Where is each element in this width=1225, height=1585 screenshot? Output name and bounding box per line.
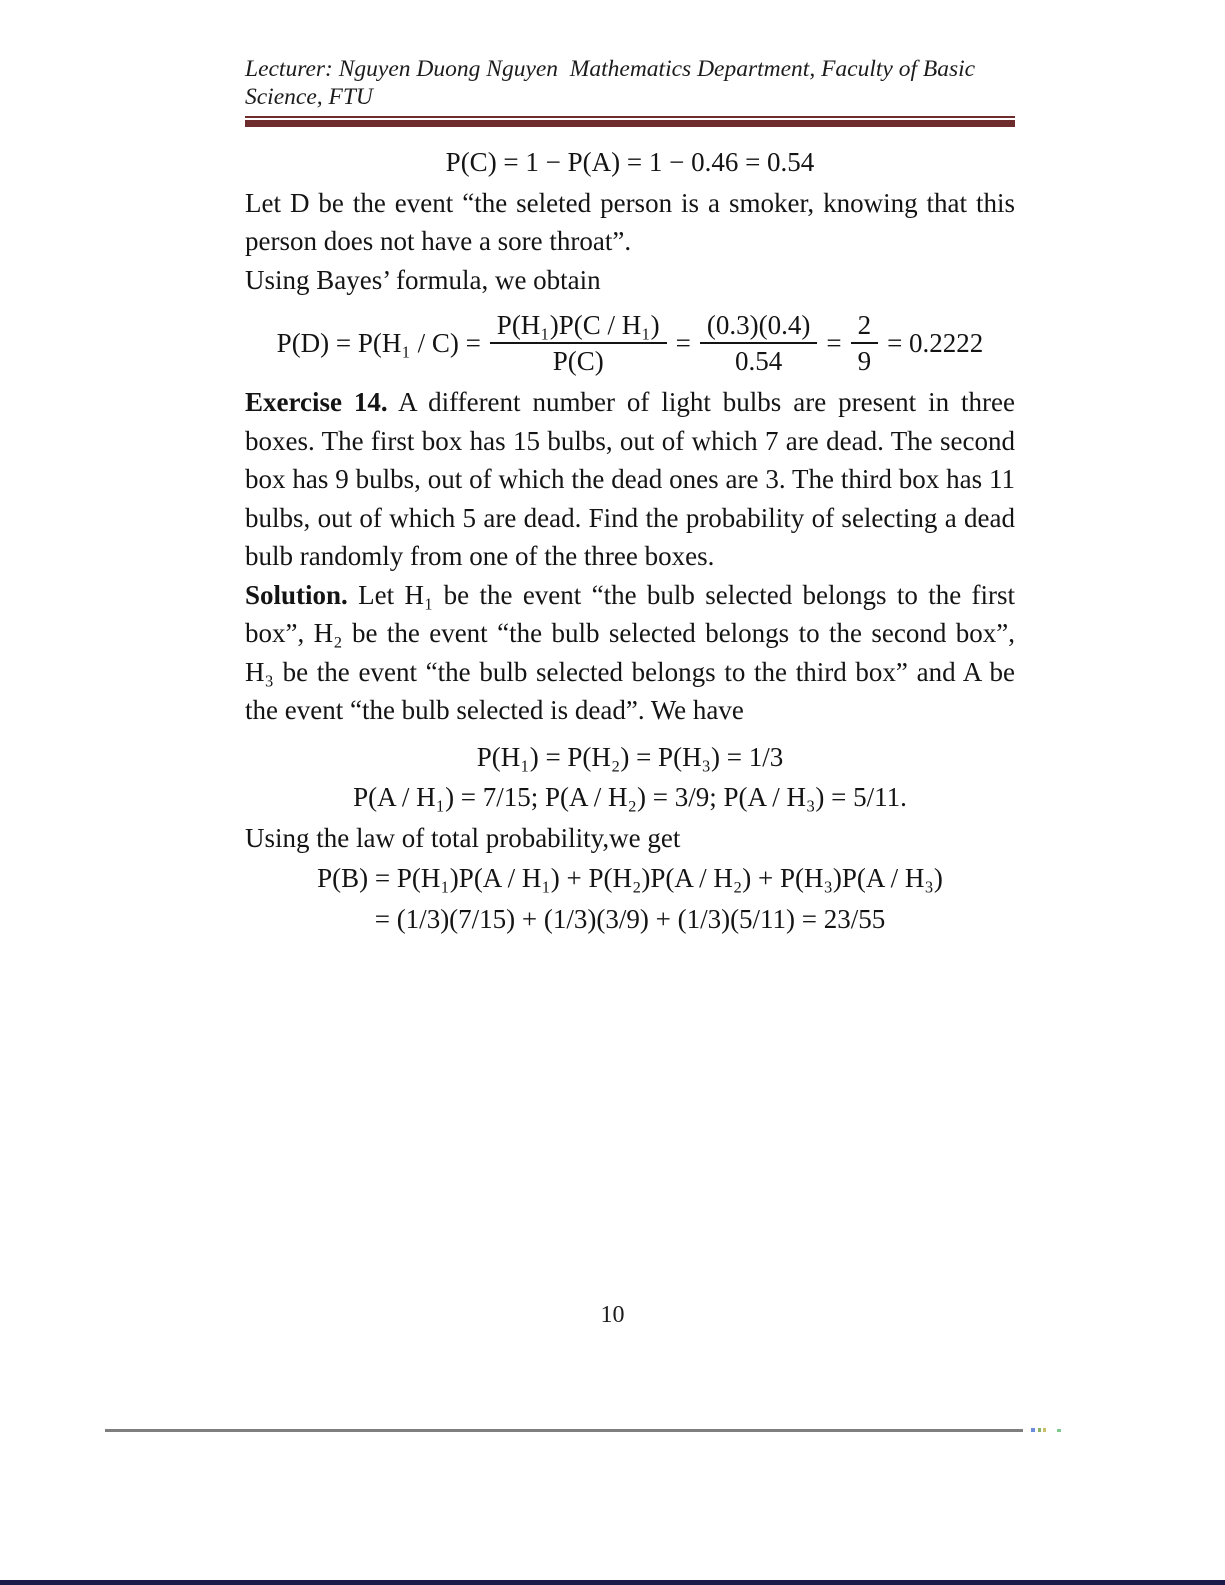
bayes-fraction-2-denominator: 0.54: [735, 344, 782, 377]
paragraph-total-probability: Using the law of total probability,we ge…: [245, 819, 1015, 858]
page-number: 10: [0, 1302, 1225, 1329]
document-body: P(C) = 1 − P(A) = 1 − 0.46 = 0.54 Let D …: [245, 143, 1015, 938]
paragraph-event-d: Let D be the event “the seleted person i…: [245, 184, 1015, 261]
bayes-fraction-2-numerator: (0.3)(0.4): [700, 309, 817, 344]
formula-pc: P(C) = 1 − P(A) = 1 − 0.46 = 0.54: [245, 143, 1015, 182]
footer-speck-yellow: [1043, 1428, 1046, 1432]
bayes-result: = 0.2222: [882, 324, 988, 363]
bottom-edge-bar: [0, 1580, 1225, 1585]
footer-speck-blue: [1031, 1428, 1035, 1432]
exercise-14-label: Exercise 14.: [245, 387, 388, 417]
solution-label: Solution.: [245, 580, 348, 610]
footer-speck-green: [1038, 1428, 1041, 1432]
bayes-fraction-1-numerator: P(H₁)P(C / H₁): [490, 309, 667, 344]
footer-divider-line: [105, 1429, 1023, 1432]
formula-pb-result: = (1/3)(7/15) + (1/3)(3/9) + (1/3)(5/11)…: [245, 900, 1015, 939]
bayes-fraction-1: P(H₁)P(C / H₁) P(C): [490, 309, 667, 377]
formula-h-priors: P(H₁) = P(H₂) = P(H₃) = 1/3: [245, 738, 1015, 777]
bayes-fraction-3-denominator: 9: [858, 344, 872, 377]
header-rule-thick: [245, 120, 1015, 127]
formula-pb-expansion: P(B) = P(H₁)P(A / H₁) + P(H₂)P(A / H₂) +…: [245, 859, 1015, 898]
bayes-fraction-1-denominator: P(C): [553, 344, 604, 377]
footer-speck-mint: [1057, 1429, 1061, 1432]
bayes-fraction-2: (0.3)(0.4) 0.54: [700, 309, 817, 377]
document-page: Lecturer: Nguyen Duong Nguyen Mathematic…: [0, 0, 1225, 1585]
header-rule-thin: [245, 116, 1015, 118]
bayes-fraction-3-numerator: 2: [851, 309, 879, 344]
bayes-equals-2: =: [821, 324, 846, 363]
paragraph-solution: Solution. Let H₁ be the event “the bulb …: [245, 576, 1015, 730]
bayes-equals-1: =: [671, 324, 696, 363]
formula-conditionals: P(A / H₁) = 7/15; P(A / H₂) = 3/9; P(A /…: [245, 778, 1015, 817]
bayes-fraction-3: 2 9: [851, 309, 879, 377]
paragraph-exercise-14: Exercise 14. A different number of light…: [245, 383, 1015, 576]
solution-text: Let H₁ be the event “the bulb selected b…: [245, 580, 1015, 726]
formula-bayes: P(D) = P(H₁ / C) = P(H₁)P(C / H₁) P(C) =…: [245, 309, 1015, 377]
paragraph-bayes-intro: Using Bayes’ formula, we obtain: [245, 261, 1015, 300]
bayes-lhs: P(D) = P(H₁ / C) =: [272, 324, 486, 363]
page-header: Lecturer: Nguyen Duong Nguyen Mathematic…: [245, 55, 1015, 127]
header-lecturer-line: Lecturer: Nguyen Duong Nguyen Mathematic…: [245, 55, 1015, 111]
